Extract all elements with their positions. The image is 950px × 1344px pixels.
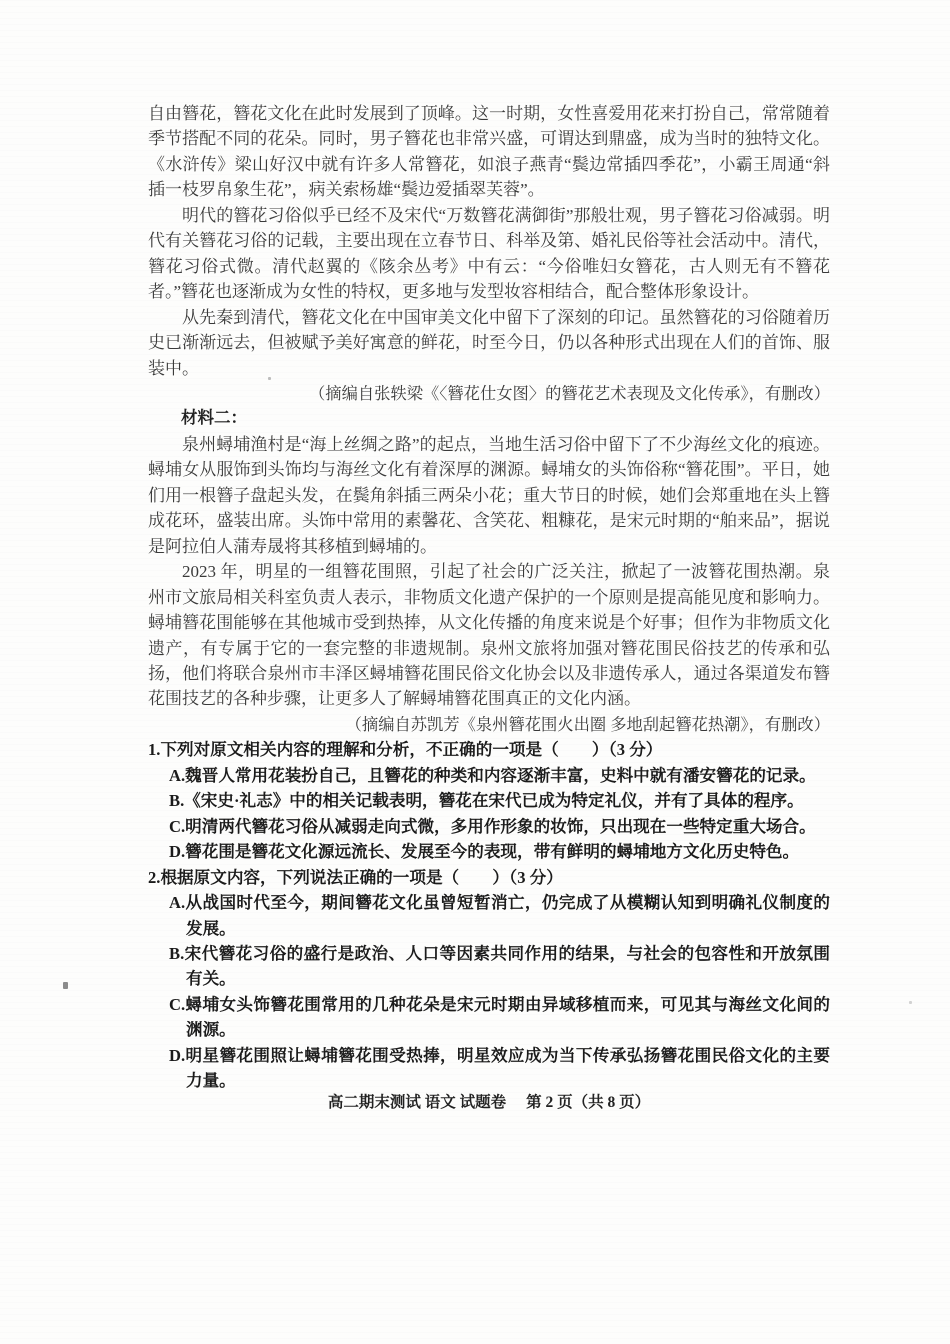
scan-speck <box>268 377 271 380</box>
question-2-option-d: D.明星簪花围照让蟳埔簪花围受热捧，明星效应成为当下传承弘扬簪花围民俗文化的主要… <box>148 1043 830 1094</box>
question-2-option-a: A.从战国时代至今，期间簪花文化虽曾短暂消亡，仍完成了从模糊认知到明确礼仪制度的… <box>148 890 830 941</box>
material1-continuation-paragraph: 自由簪花，簪花文化在此时发展到了顶峰。这一时期，女性喜爱用花来打扮自己，常常随着… <box>148 101 830 203</box>
question-2-stem: 2.根据原文内容，下列说法正确的一项是（ ）（3 分） <box>148 865 830 890</box>
material1-paragraph-2: 明代的簪花习俗似乎已经不及宋代“万数簪花满御街”那般壮观，男子簪花习俗减弱。明代… <box>148 203 830 305</box>
question-1-option-c: C.明清两代簪花习俗从减弱走向式微，多用作形象的妆饰，只出现在一些特定重大场合。 <box>148 814 830 839</box>
question-2-option-b: B.宋代簪花习俗的盛行是政治、人口等因素共同作用的结果，与社会的包容性和开放氛围… <box>148 941 830 992</box>
material2-paragraph-2: 2023 年，明星的一组簪花围照，引起了社会的广泛关注，掀起了一波簪花围热潮。泉… <box>148 559 830 712</box>
material1-paragraph-3: 从先秦到清代，簪花文化在中国审美文化中留下了深刻的印记。虽然簪花的习俗随着历史已… <box>148 305 830 381</box>
material2-paragraph-1: 泉州蟳埔渔村是“海上丝绸之路”的起点，当地生活习俗中留下了不少海丝文化的痕迹。蟳… <box>148 432 830 559</box>
footer-page-number: 第 2 页（共 8 页） <box>526 1090 650 1112</box>
question-1-stem: 1.下列对原文相关内容的理解和分析，不正确的一项是（ ）（3 分） <box>148 737 830 762</box>
material1-attribution: （摘编自张轶梁《〈簪花仕女图〉的簪花艺术表现及文化传承》，有删改） <box>148 381 830 406</box>
question-1-option-a: A.魏晋人常用花装扮自己，且簪花的种类和内容逐渐丰富，史料中就有潘安簪花的记录。 <box>148 763 830 788</box>
question-2-option-c: C.蟳埔女头饰簪花围常用的几种花朵是宋元时期由异域移植而来，可见其与海丝文化间的… <box>148 992 830 1043</box>
scan-speck <box>909 1001 912 1004</box>
exam-page: 自由簪花，簪花文化在此时发展到了顶峰。这一时期，女性喜爱用花来打扮自己，常常随着… <box>0 0 950 1344</box>
text-block: 自由簪花，簪花文化在此时发展到了顶峰。这一时期，女性喜爱用花来打扮自己，常常随着… <box>148 101 830 1094</box>
material2-attribution: （摘编自苏凯芳《泉州簪花围火出圈 多地刮起簪花热潮》，有删改） <box>148 712 830 737</box>
page-footer: 高二期末测试 语文 试题卷 第 2 页（共 8 页） <box>148 1090 830 1112</box>
question-1-option-b: B.《宋史·礼志》中的相关记载表明，簪花在宋代已成为特定礼仪，并有了具体的程序。 <box>148 788 830 813</box>
material2-heading: 材料二： <box>148 406 830 431</box>
question-1-option-d: D.簪花围是簪花文化源远流长、发展至今的表现，带有鲜明的蟳埔地方文化历史特色。 <box>148 839 830 864</box>
scan-speck <box>63 982 68 989</box>
footer-exam-title: 高二期末测试 语文 试题卷 <box>328 1090 506 1112</box>
